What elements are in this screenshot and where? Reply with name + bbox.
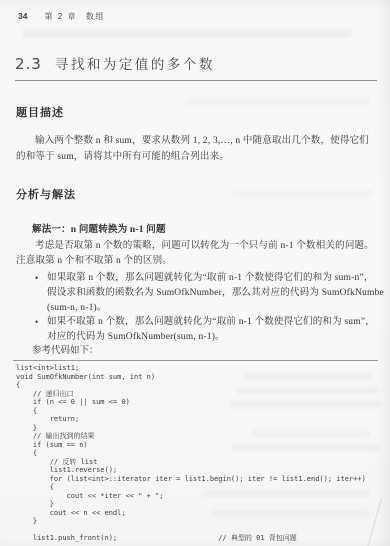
list-item: • 如果取第 n 个数，那么问题就转化为“取前 n-1 个数使得它们的和为 su…: [16, 271, 384, 315]
scan-smudge: [185, 98, 370, 106]
problem-paragraph: 输入两个整数 n 和 sum，要求从数列 1, 2, 3,…, n 中随意取出几…: [16, 134, 380, 165]
problem-description-heading: 题目描述: [16, 104, 64, 120]
book-page: 34 第 2 章 数组 2.3 寻找和为定值的多个数 题目描述 输入两个整数 n…: [0, 0, 390, 546]
analysis-heading: 分析与解法: [16, 186, 76, 202]
bullet-icon: •: [35, 271, 38, 286]
scan-smudge: [232, 190, 372, 198]
bullet-list: • 如果取第 n 个数，那么问题就转化为“取前 n-1 个数使得它们的和为 su…: [16, 271, 384, 345]
bullet-text: 如果不取第 n 个数，那么问题就转化为“取前 n-1 个数使得它们的和为 sum…: [47, 315, 384, 345]
section-title-text: 寻找和为定值的多个数: [55, 53, 215, 73]
chapter-title: 数组: [86, 11, 105, 22]
page-number: 34: [18, 11, 27, 21]
code-listing: list<int>list1; void SumOfkNumber(int su…: [16, 364, 388, 543]
code-intro-line: 参考代码如下：: [32, 342, 99, 356]
solution-intro: 考虑是否取第 n 个数的策略，问题可以转化为一个只与前 n-1 个数相关的问题。…: [16, 239, 380, 270]
section-heading: 2.3 寻找和为定值的多个数: [15, 53, 377, 81]
bullet-icon: •: [35, 315, 38, 330]
scan-smudge: [22, 29, 352, 38]
bullet-text: 如果取第 n 个数，那么问题就转化为“取前 n-1 个数使得它们的和为 sum-…: [47, 271, 384, 315]
chapter-label: 第 2 章: [44, 11, 76, 22]
section-number: 2.3: [15, 55, 42, 73]
code-text: list<int>list1; void SumOfkNumber(int su…: [16, 364, 388, 543]
code-block-divider: [13, 360, 378, 361]
solution-one-heading: 解法一：n 问题转换为 n-1 问题: [32, 221, 166, 235]
running-header: 34 第 2 章 数组: [18, 11, 105, 22]
list-item: • 如果不取第 n 个数，那么问题就转化为“取前 n-1 个数使得它们的和为 s…: [16, 315, 384, 345]
